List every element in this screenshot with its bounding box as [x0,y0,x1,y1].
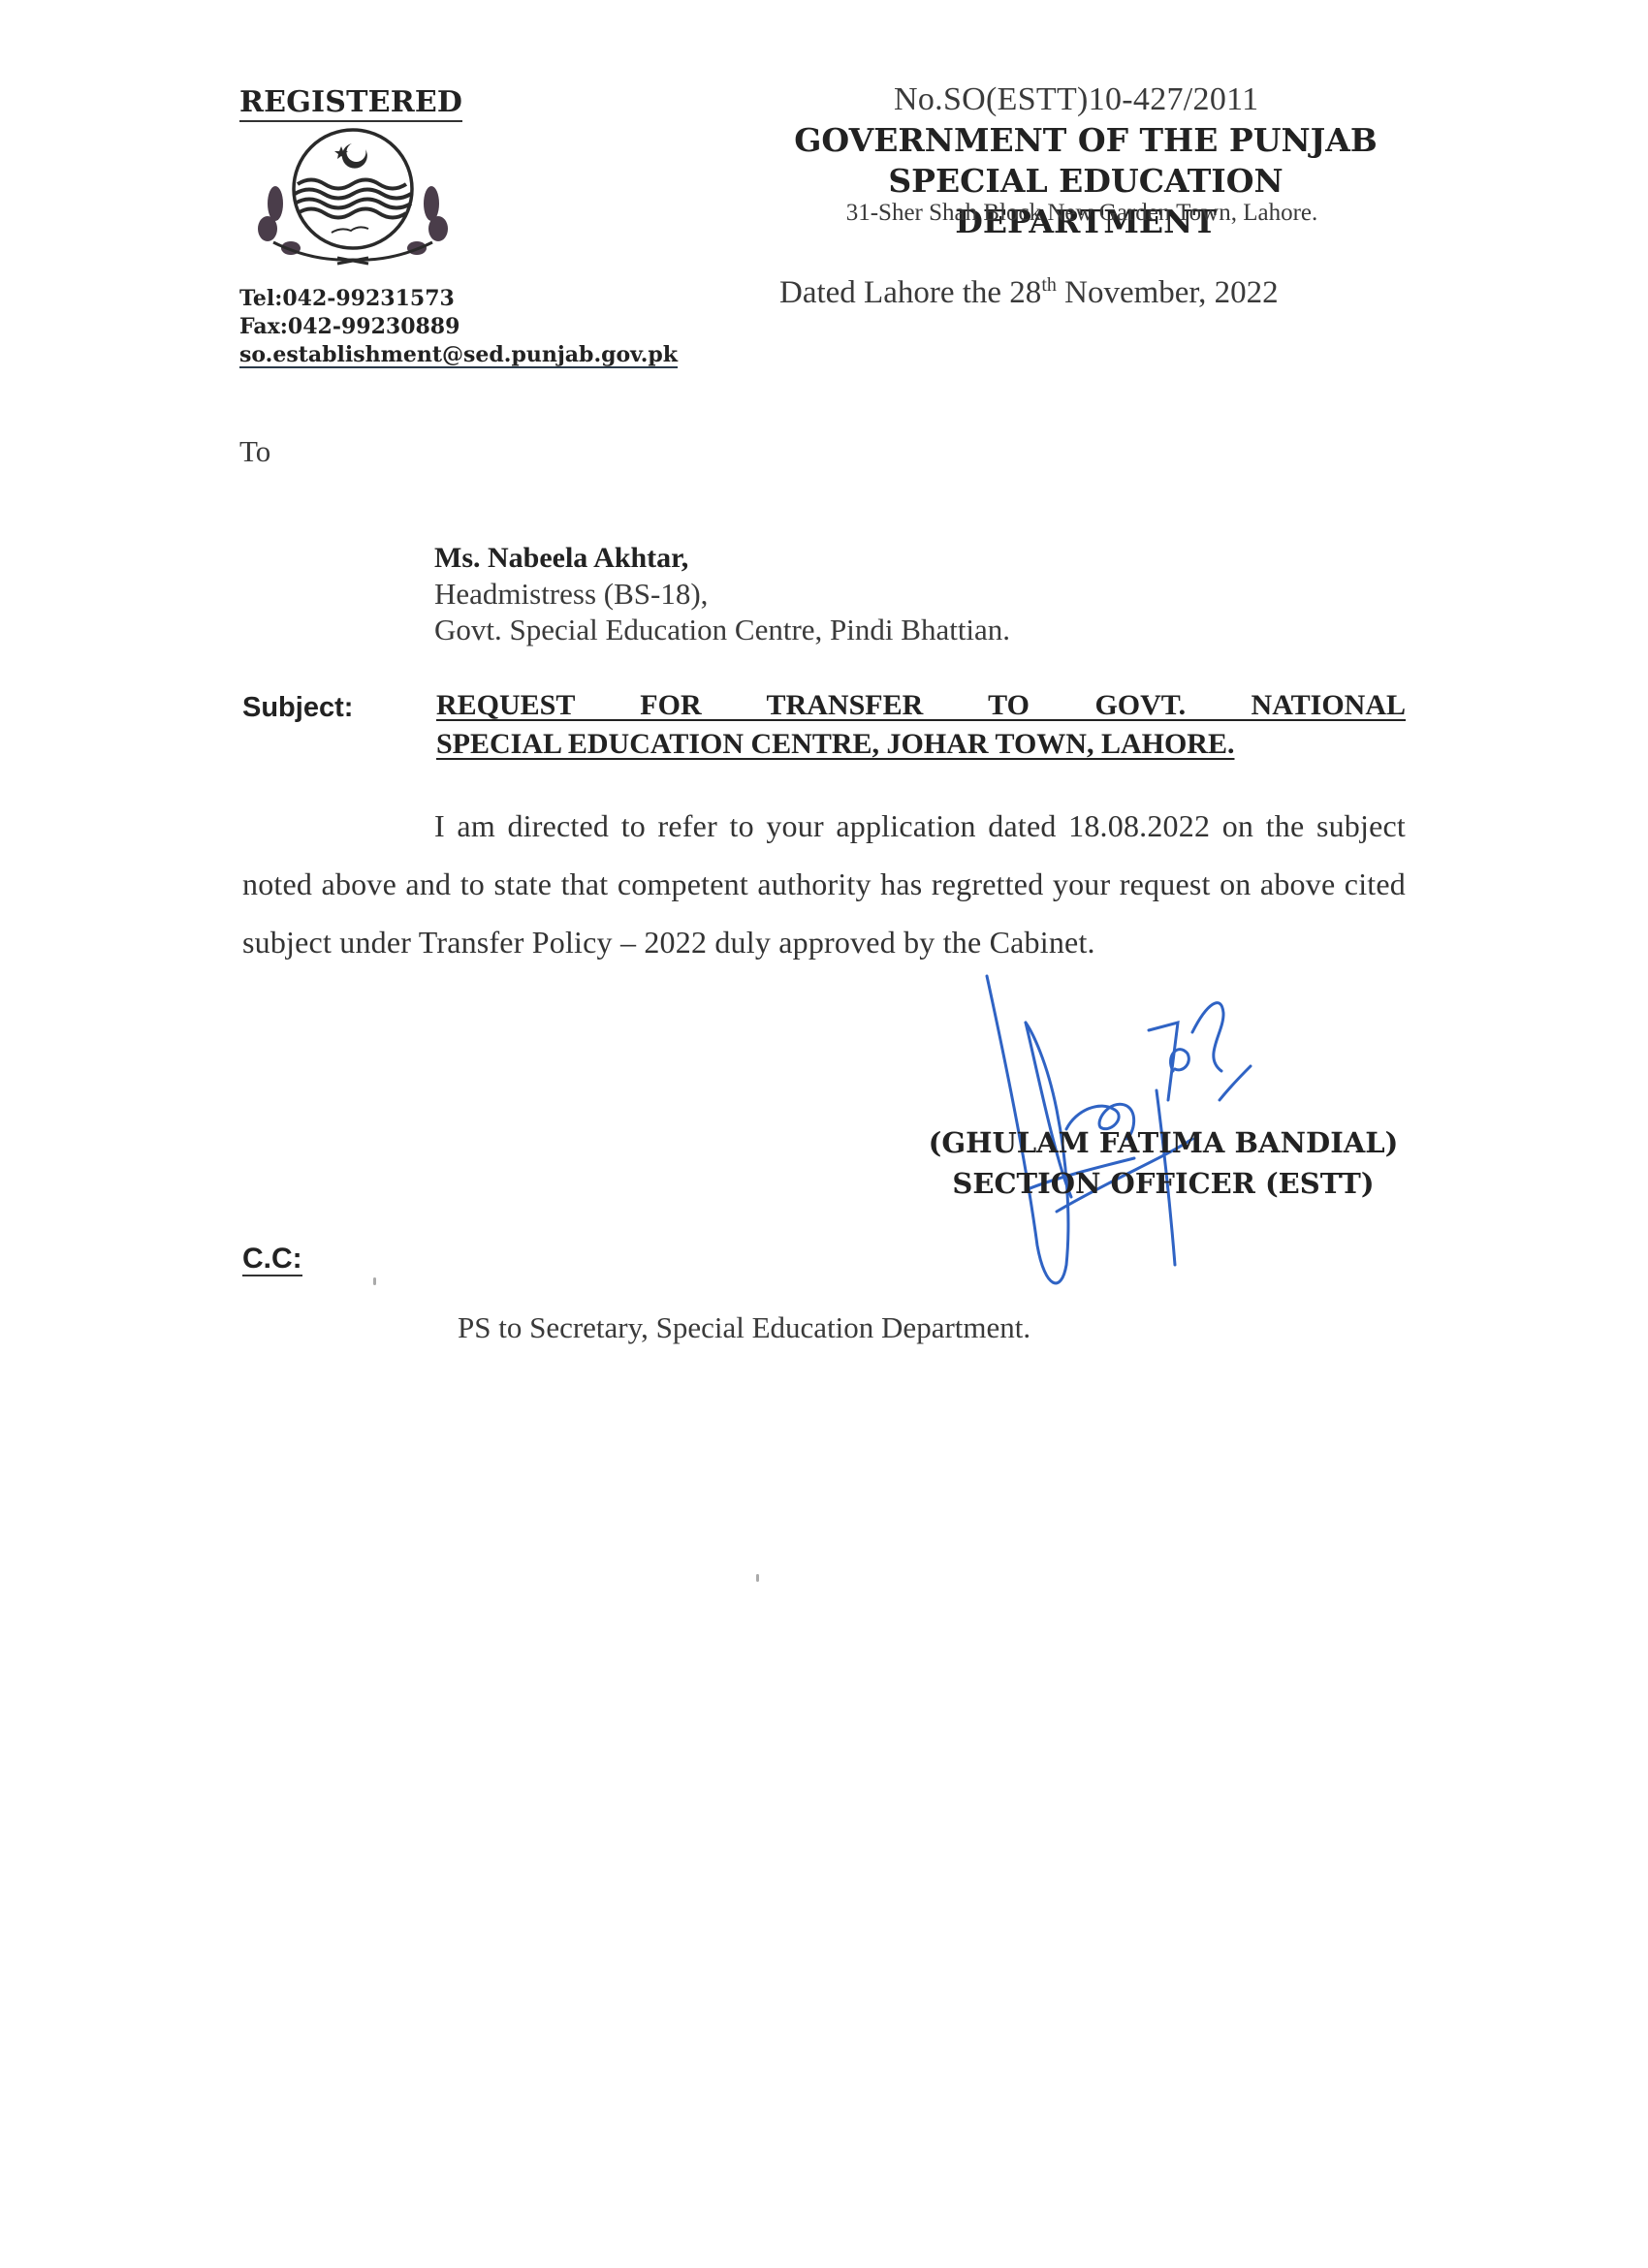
scan-speck [756,1574,759,1582]
recipient-designation: Headmistress (BS-18), [434,576,1010,612]
registered-label: REGISTERED [239,85,462,122]
scan-speck [373,1277,376,1285]
department-address: 31-Sher Shah Block New Garden Town, Laho… [733,200,1431,227]
recipient-office: Govt. Special Education Centre, Pindi Bh… [434,612,1010,647]
telephone-number: Tel:042-99231573 [239,285,678,313]
email-link[interactable]: so.establishment@sed.punjab.gov.pk [239,343,678,368]
body-paragraph: I am directed to refer to your applicati… [242,797,1406,971]
cc-label: C.C: [242,1244,302,1276]
government-name: GOVERNMENT OF THE PUNJAB [776,120,1396,161]
recipient-name: Ms. Nabeela Akhtar, [434,540,1010,576]
subject-text: REQUEST FOR TRANSFER TO GOVT. NATIONAL S… [436,686,1406,764]
reference-number: No.SO(ESTT)10-427/2011 [894,81,1258,118]
contact-block: Tel:042-99231573 Fax:042-99230889 so.est… [239,285,678,369]
signatory-block: (GHULAM FATIMA BANDIAL) SECTION OFFICER … [911,1122,1415,1204]
subject-line-2: SPECIAL EDUCATION CENTRE, JOHAR TOWN, LA… [436,725,1406,764]
addressee-block: Ms. Nabeela Akhtar, Headmistress (BS-18)… [434,540,1010,647]
letter-date: Dated Lahore the 28th November, 2022 [779,275,1279,311]
subject-label: Subject: [242,692,353,724]
fax-number: Fax:042-99230889 [239,313,678,341]
punjab-emblem-icon [254,128,453,271]
signatory-name: (GHULAM FATIMA BANDIAL) [911,1122,1415,1163]
signatory-designation: SECTION OFFICER (ESTT) [911,1163,1415,1204]
to-label: To [239,434,270,469]
cc-recipient: PS to Secretary, Special Education Depar… [458,1310,1030,1345]
subject-line-1: REQUEST FOR TRANSFER TO GOVT. NATIONAL [436,686,1406,725]
